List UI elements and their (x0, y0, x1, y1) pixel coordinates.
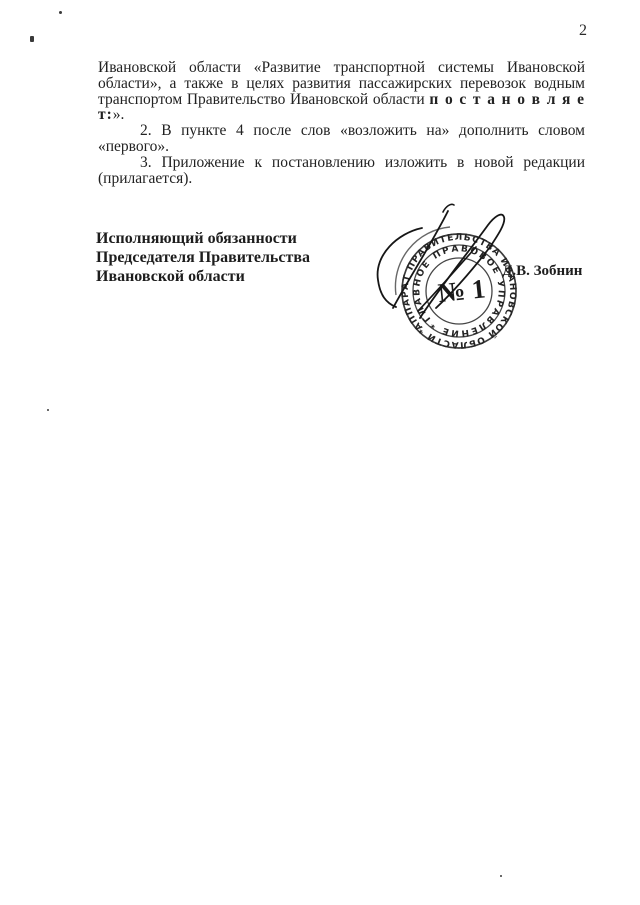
paragraph-2: 2. В пункте 4 после слов «возложить на» … (98, 123, 585, 155)
signer-title-line-3: Ивановской области (96, 267, 310, 286)
scan-artifact (30, 36, 34, 42)
scan-artifact (59, 11, 62, 14)
paragraph-1-tail: ». (113, 106, 125, 123)
scan-artifact (47, 409, 49, 411)
document-page: 2 Ивановской области «Развитие транспорт… (0, 0, 640, 905)
signer-title-line-1: Исполняющий обязанности (96, 229, 310, 248)
paragraph-1: Ивановской области «Развитие транспортно… (98, 60, 585, 123)
stamp-center-number: № 1 (437, 273, 487, 308)
page-number: 2 (579, 22, 587, 40)
paragraph-3: 3. Приложение к постановлению изложить в… (98, 155, 585, 187)
signer-title-line-2: Председателя Правительства (96, 248, 310, 267)
signature-title-block: Исполняющий обязанности Председателя Пра… (96, 229, 310, 286)
document-body: Ивановской области «Развитие транспортно… (98, 60, 585, 186)
stamp-svg: АППАРАТ ПРАВИТЕЛЬСТВА ИВАНОВСКОЙ ОБЛАСТИ… (365, 192, 580, 357)
official-stamp-and-signature: АППАРАТ ПРАВИТЕЛЬСТВА ИВАНОВСКОЙ ОБЛАСТИ… (365, 192, 580, 357)
scan-artifact (500, 875, 502, 877)
